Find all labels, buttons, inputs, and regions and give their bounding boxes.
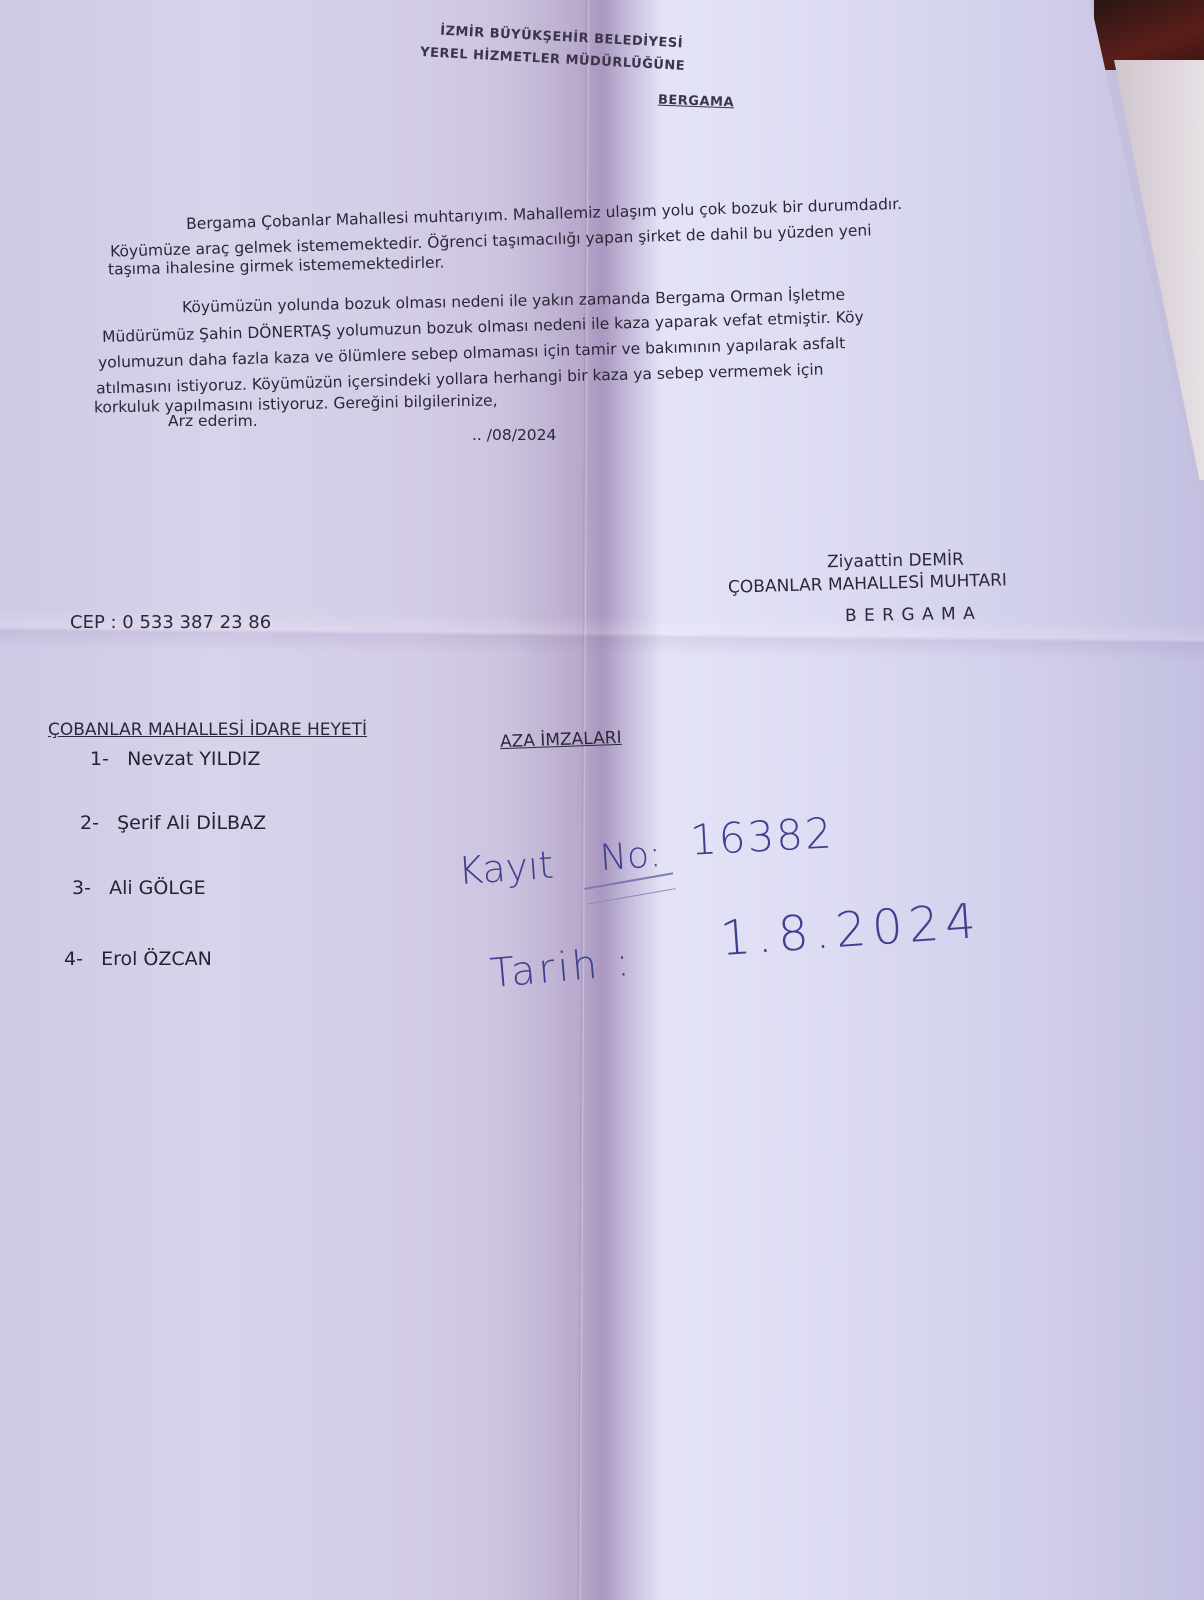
member-2: 2- Şerif Ali DİLBAZ	[80, 812, 266, 834]
member-name: Ali GÖLGE	[109, 877, 206, 899]
member-4: 4- Erol ÖZCAN	[64, 948, 212, 970]
member-number: 4-	[64, 948, 83, 970]
member-name: Erol ÖZCAN	[101, 948, 212, 970]
handwritten-date-label: Tarih :	[488, 939, 634, 997]
handwritten-date: 1.8.2024	[718, 893, 983, 967]
handwritten-record-no: 16382	[689, 808, 835, 864]
member-number: 1-	[90, 748, 109, 770]
member-number: 2-	[80, 812, 99, 834]
member-name: Şerif Ali DİLBAZ	[117, 812, 266, 834]
board-title: ÇOBANLAR MAHALLESİ İDARE HEYETİ	[48, 720, 367, 740]
member-name: Nevzat YILDIZ	[127, 748, 260, 770]
member-3: 3- Ali GÖLGE	[72, 877, 206, 899]
handwritten-underline	[584, 872, 676, 904]
signatory-title: ÇOBANLAR MAHALLESİ MUHTARI	[728, 570, 1007, 597]
background-fabric	[1094, 0, 1204, 70]
handwritten-record-no-label: No:	[599, 834, 663, 879]
member-number: 3-	[72, 877, 91, 899]
signatures-label: AZA İMZALARI	[500, 728, 622, 752]
handwritten-record-label: Kayıt	[457, 843, 555, 894]
letter-paper: İZMİR BÜYÜKŞEHİR BELEDİYESİ YEREL HİZMET…	[0, 0, 1204, 1600]
closing: Arz ederim.	[168, 412, 258, 430]
member-1: 1- Nevzat YILDIZ	[90, 748, 260, 770]
signatory-city: B E R G A M A	[845, 604, 976, 626]
signatory-name: Ziyaattin DEMİR	[827, 550, 964, 572]
letter-date: .. /08/2024	[472, 426, 556, 444]
recipient-city: BERGAMA	[658, 93, 735, 111]
phone-number: CEP : 0 533 387 23 86	[70, 612, 271, 633]
